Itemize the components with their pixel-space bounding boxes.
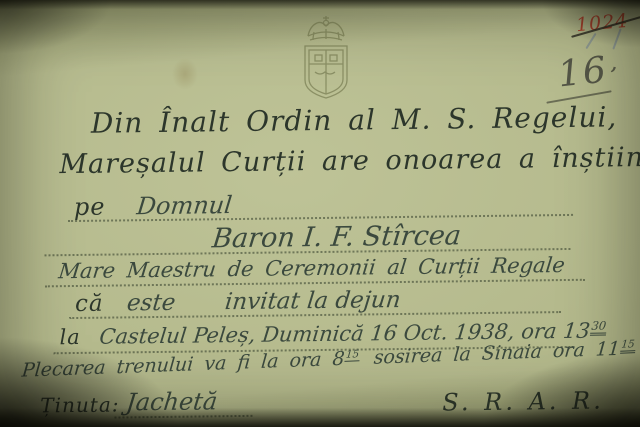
- handwritten-este: este: [126, 290, 177, 317]
- handwritten-role: Mare Maestru de Ceremonii al Curții Rega…: [57, 253, 566, 283]
- handwritten-invitat: invitat la dejun: [223, 287, 401, 315]
- handwritten-dress-code: Jachetă: [125, 387, 219, 416]
- printed-line-1: Din Înalt Ordin al M. S. Regelui,: [91, 100, 618, 139]
- photographed-invitation-card: 1024 16 ’ Din Înalt Ordin al M. S. Regel…: [0, 0, 640, 427]
- label-la: la: [59, 325, 81, 349]
- label-pe: pe: [74, 193, 106, 221]
- card-text-block: Din Înalt Ordin al M. S. Regelui, Mareșa…: [0, 0, 640, 427]
- label-tinuta: Ținuta:: [40, 392, 119, 417]
- venue-minutes-superscript: 30: [589, 318, 608, 335]
- note-superscript-1: 15: [344, 348, 360, 362]
- note-superscript-2: 15: [620, 338, 637, 354]
- label-ca: că: [75, 291, 104, 317]
- printed-line-2: Mareșalul Curții are onoarea a înștiința: [59, 142, 640, 180]
- printed-signature: S. R. A. R.: [442, 387, 604, 417]
- handwritten-domnul: Domnul: [136, 191, 234, 220]
- dotted-line: [114, 415, 252, 419]
